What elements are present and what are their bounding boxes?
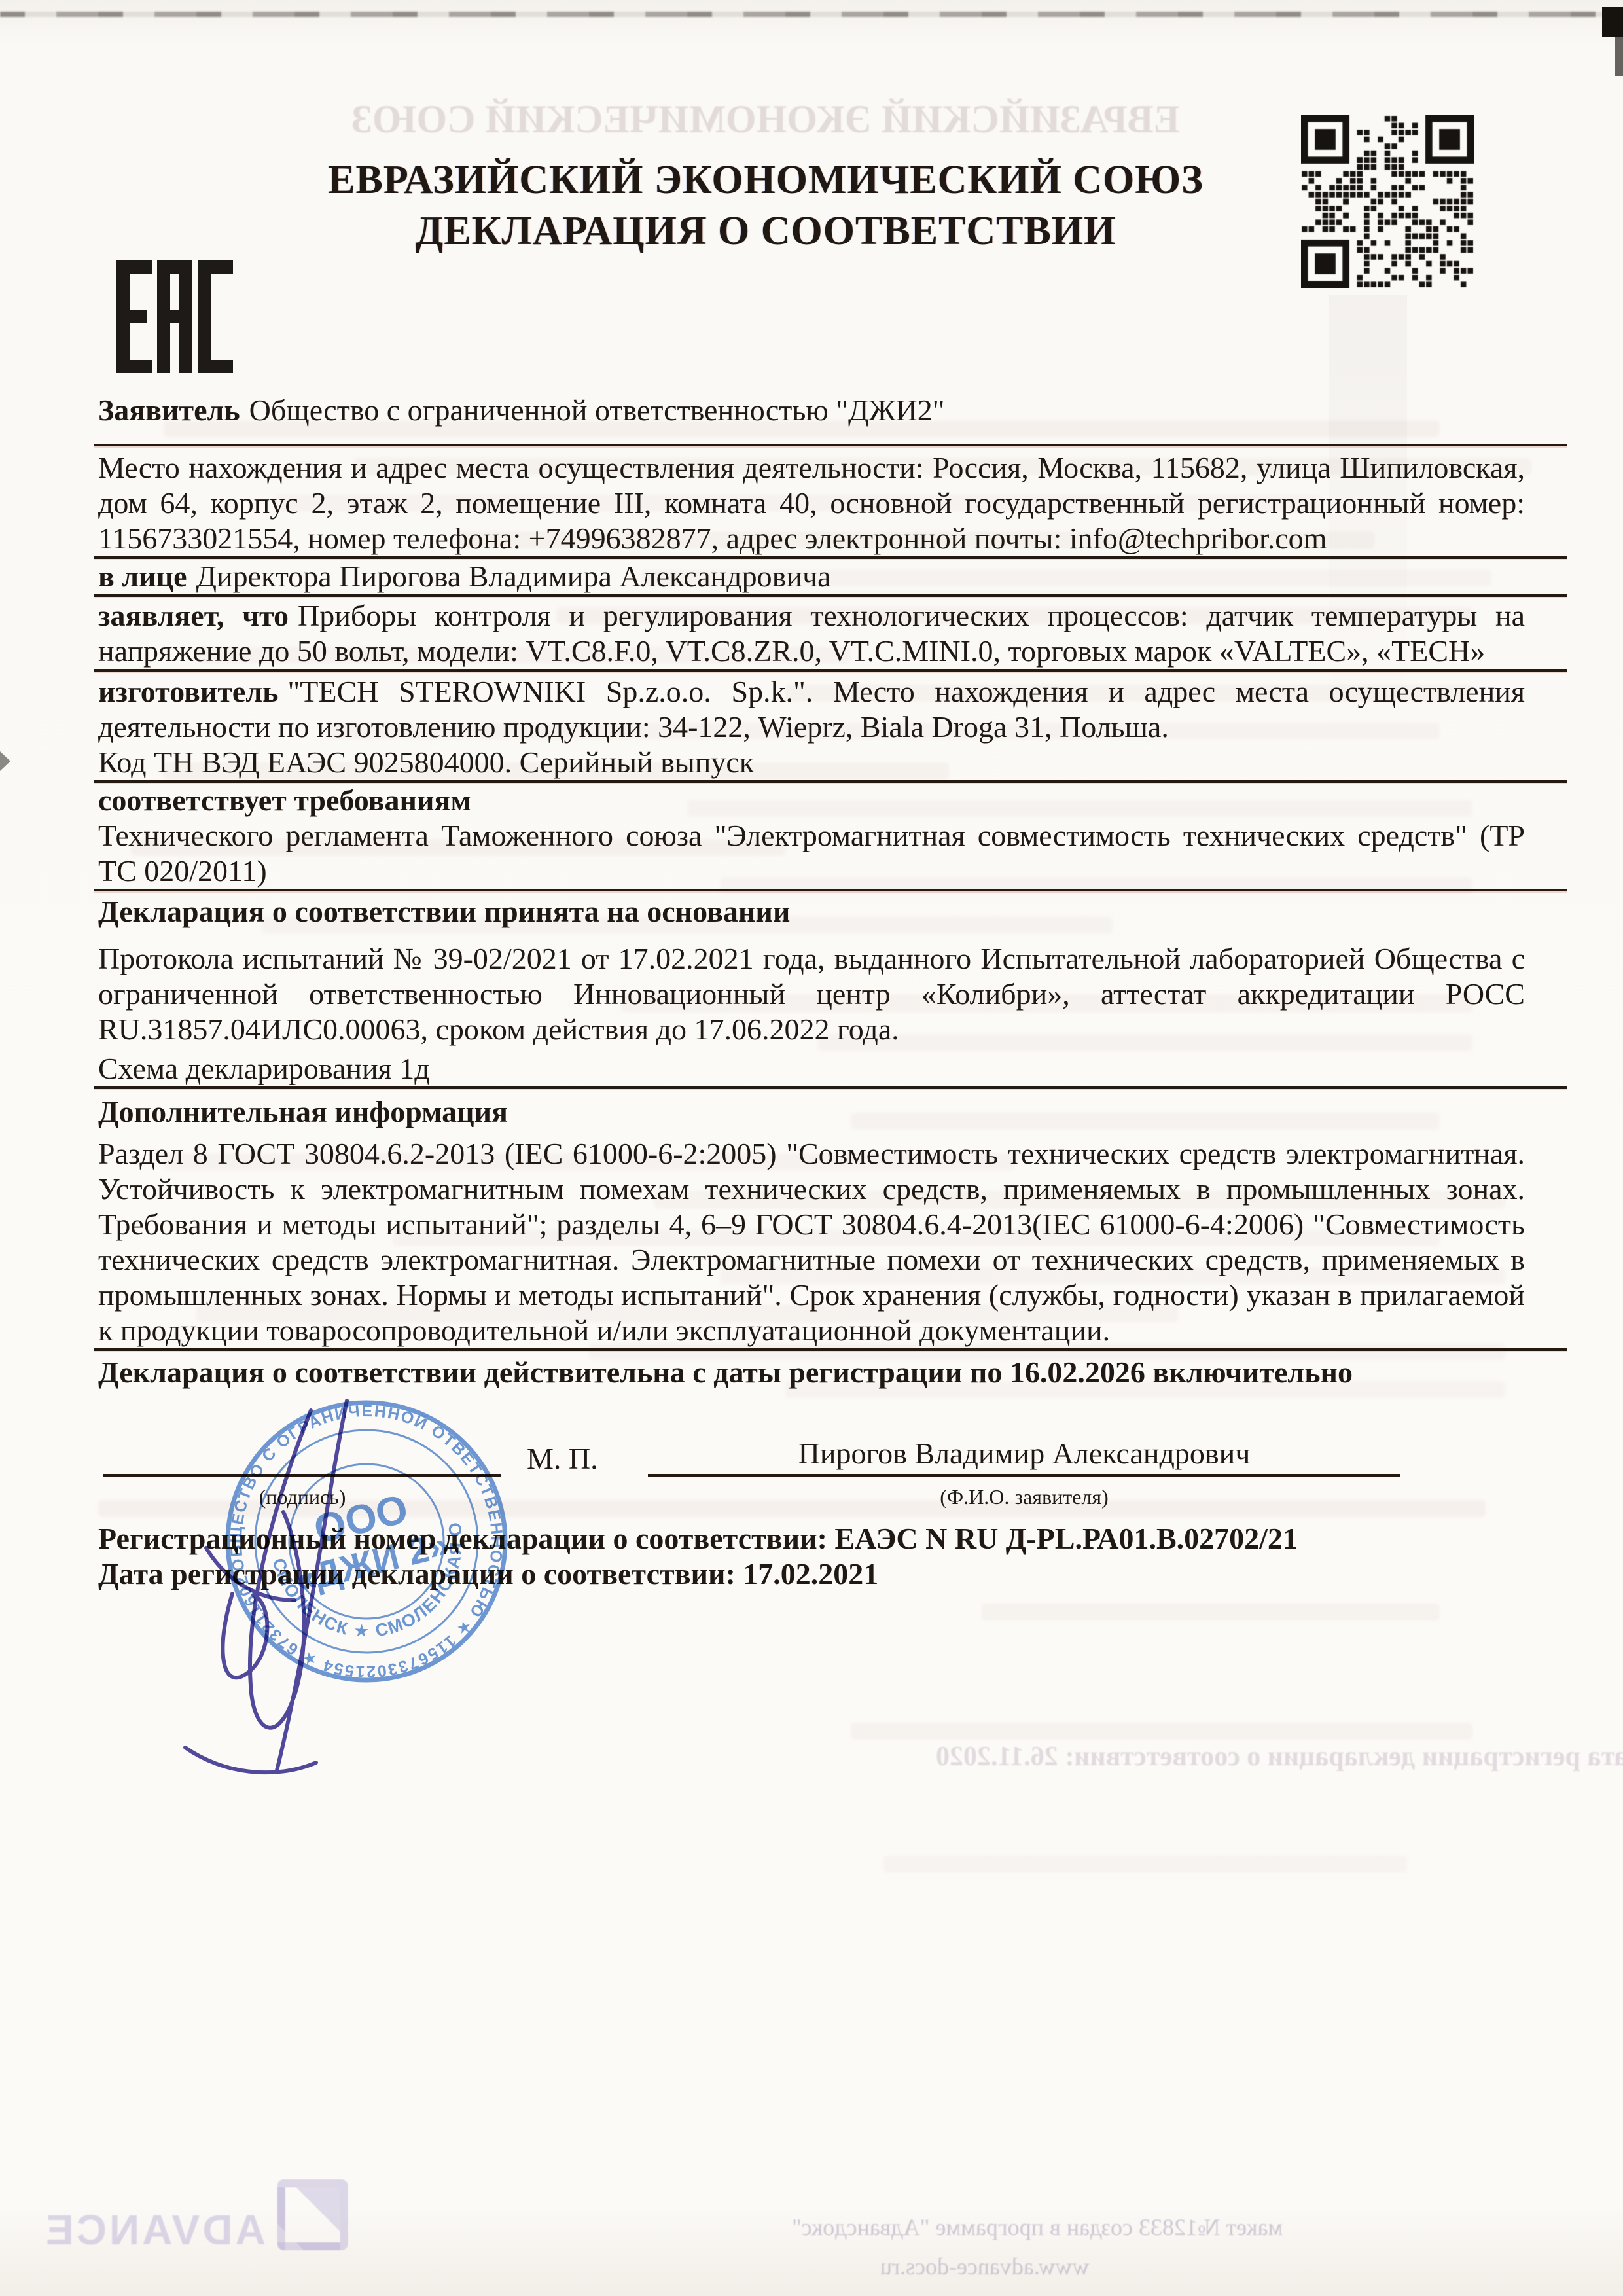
- advance-logo-text: ADVANCE: [43, 2206, 266, 2254]
- section-divider: [94, 444, 1567, 446]
- handwritten-signature: [108, 1384, 422, 1790]
- manufacturer-value: "TECH STEROWNIKI Sp.z.o.o. Sp.k.". Место…: [98, 675, 1525, 744]
- in-person-label: в лице: [98, 560, 187, 593]
- fio-caption: (Ф.И.О. заявителя): [648, 1479, 1400, 1515]
- bleedthrough-smear: [883, 1856, 1407, 1873]
- scan-edge-artifact-top: [0, 12, 1623, 17]
- declares-paragraph: заявляет, чтоПриборы контроля и регулиро…: [98, 598, 1525, 669]
- manufacturer-paragraph: изготовитель"TECH STEROWNIKI Sp.z.o.o. S…: [98, 674, 1525, 745]
- scheme-line: Схема декларирования 1д: [98, 1051, 1525, 1086]
- complies-paragraph: Технического регламента Таможенного союз…: [98, 818, 1525, 889]
- in-person-line: в лицеДиректора Пирогова Владимира Алекс…: [98, 559, 1525, 594]
- basis-paragraph: Протокола испытаний № 39-02/2021 от 17.0…: [98, 941, 1525, 1047]
- bleedthrough-footer-line2: www.advance-docs.ru: [880, 2253, 1090, 2280]
- bleedthrough-smear: [982, 1604, 1440, 1621]
- section-divider: [94, 669, 1567, 672]
- declares-value: Приборы контроля и регулирования техноло…: [98, 599, 1525, 668]
- section-divider: [94, 1086, 1567, 1089]
- address-paragraph: Место нахождения и адрес места осуществл…: [98, 450, 1525, 556]
- seal-place-label: М. П.: [527, 1441, 598, 1477]
- applicant-value: Общество с ограниченной ответственностью…: [249, 393, 945, 427]
- section-divider: [94, 594, 1567, 597]
- bleedthrough-footer-line1: макет №12833 создан в программе "Адвансд…: [792, 2214, 1283, 2241]
- fio-line: [648, 1474, 1400, 1477]
- applicant-label: Заявитель: [98, 393, 240, 427]
- manufacturer-label: изготовитель: [98, 675, 278, 708]
- advance-logo-icon: [277, 2179, 348, 2250]
- additional-paragraph: Раздел 8 ГОСТ 30804.6.2-2013 (IEC 61000-…: [98, 1136, 1525, 1348]
- declares-label: заявляет, что: [98, 599, 289, 632]
- scanned-declaration-page: { "header": { "title_line1": "ЕВРАЗИЙСКИ…: [0, 0, 1623, 2296]
- section-divider: [94, 889, 1567, 891]
- scan-artifact-corner: [1602, 7, 1623, 37]
- applicant-fio: Пирогов Владимир Александрович: [648, 1436, 1400, 1471]
- section-divider: [94, 1348, 1567, 1351]
- in-person-value: Директора Пирогова Владимира Александров…: [196, 560, 831, 593]
- scan-artifact-left-mark: [0, 751, 10, 771]
- advance-logo: ADVANCE: [43, 2179, 348, 2254]
- bleedthrough-reg-date-mirror: Дата регистрации декларации о соответств…: [936, 1741, 1623, 1772]
- bleedthrough-smear: [851, 1723, 1472, 1740]
- scan-artifact-right-edge: [1615, 37, 1623, 76]
- tnved-line: Код ТН ВЭД ЕАЭС 9025804000. Серийный вып…: [98, 745, 1525, 780]
- additional-heading: Дополнительная информация: [98, 1094, 1525, 1130]
- complies-heading: соответствует требованиям: [98, 783, 1525, 818]
- applicant-line: ЗаявительОбщество с ограниченной ответст…: [98, 393, 1525, 428]
- basis-heading: Декларация о соответствии принята на осн…: [98, 894, 1525, 929]
- eac-conformity-mark-icon: [116, 260, 234, 374]
- qr-code: [1301, 115, 1474, 288]
